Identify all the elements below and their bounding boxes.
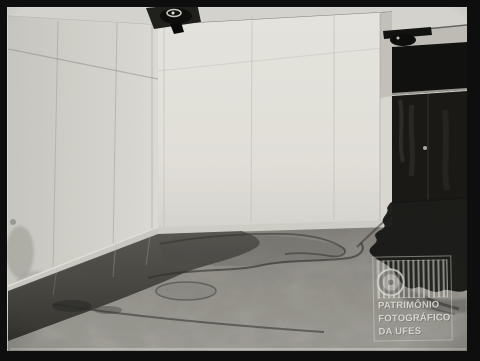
archive-stamp: PATRIMÔNIO FOTOGRÁFICO DA UFES — [372, 255, 452, 341]
stamp-text: PATRIMÔNIO FOTOGRÁFICO DA UFES — [378, 298, 451, 338]
stamp-line-3: DA UFES — [378, 324, 450, 338]
stamp-line-2: FOTOGRÁFICO — [378, 311, 450, 325]
border-bottom — [0, 351, 480, 361]
photo-frame: PATRIMÔNIO FOTOGRÁFICO DA UFES — [0, 0, 480, 361]
border-top — [0, 0, 480, 7]
stamp-line-1: PATRIMÔNIO — [378, 298, 450, 312]
border-left — [0, 0, 7, 361]
border-right — [467, 0, 480, 361]
